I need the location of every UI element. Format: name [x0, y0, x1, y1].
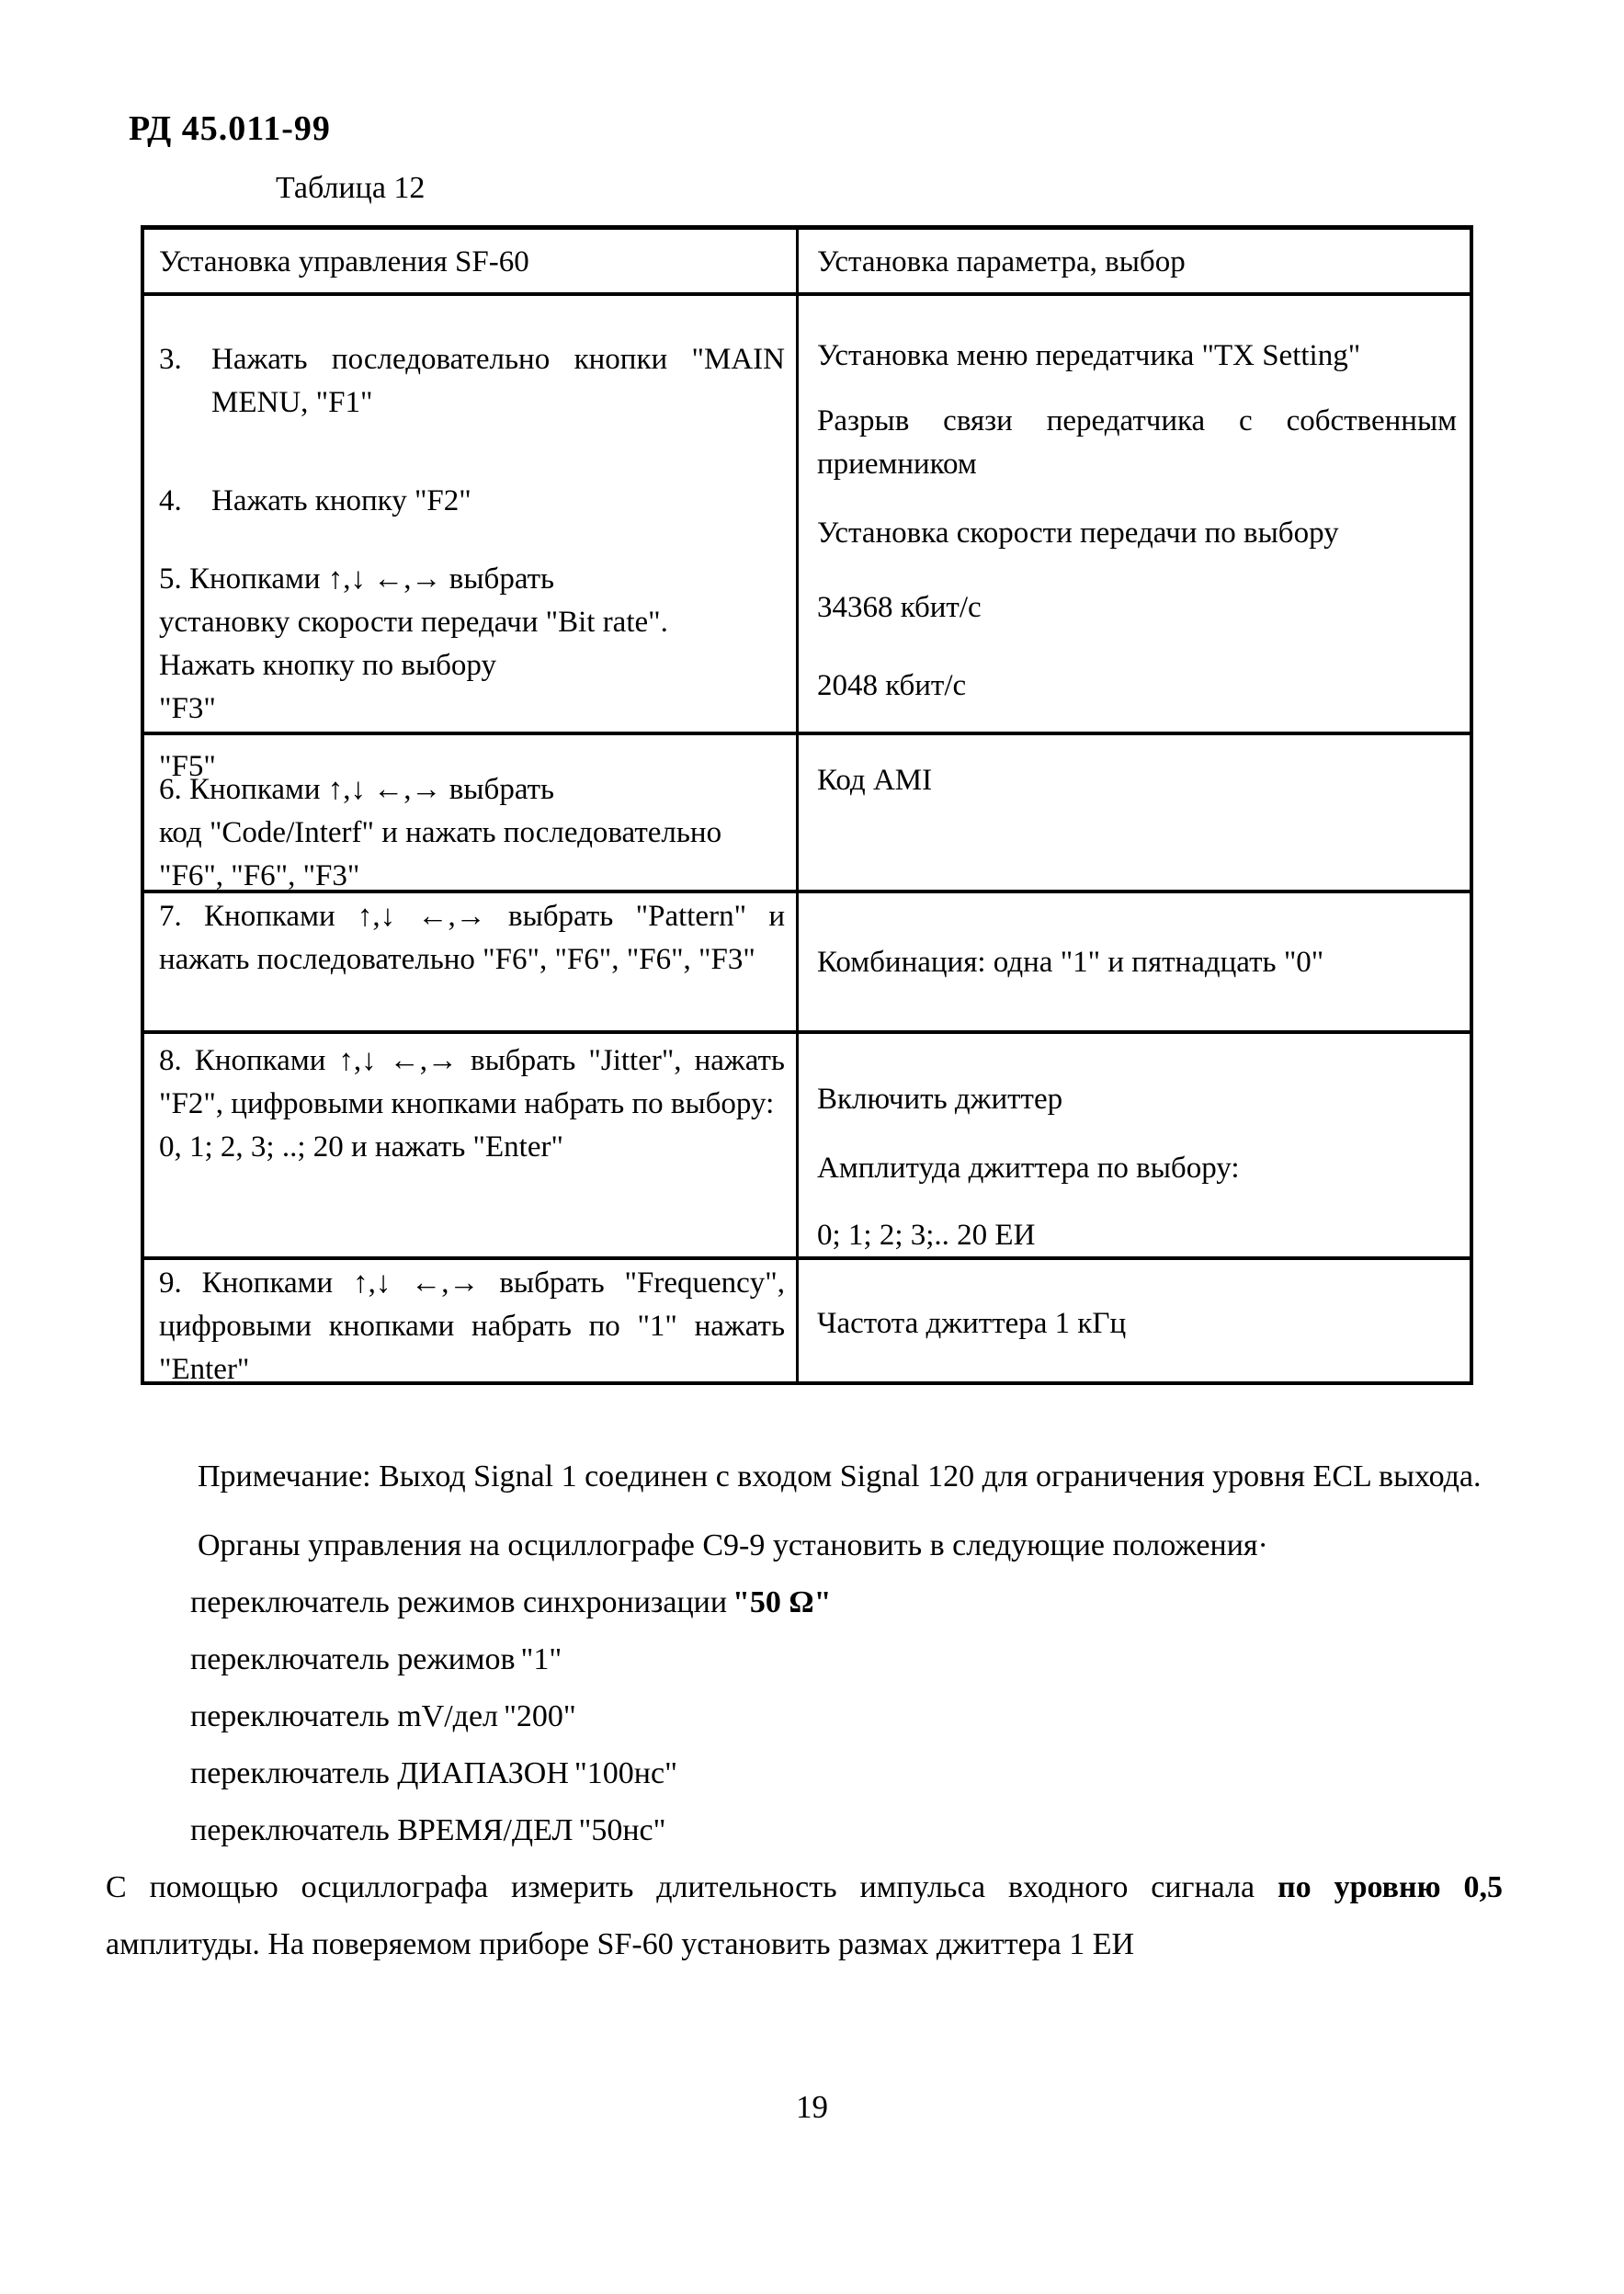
- step-text: 7. Кнопками ↑,↓ ←,→ выбрать "Pattern" и …: [159, 895, 785, 982]
- table-caption: Таблица 12: [276, 171, 425, 206]
- switch-line: переключатель mV/дел"200": [190, 1688, 1503, 1745]
- controls-intro-paragraph: Органы управления на осциллографе С9-9 у…: [106, 1517, 1503, 1574]
- switch-value: "50 Ω": [733, 1585, 831, 1619]
- body-text: Примечание: Выход Signal 1 соединен с вх…: [106, 1448, 1503, 1973]
- table-cell-left: 8. Кнопками ↑,↓ ←,→ выбрать "Jitter", на…: [144, 1034, 799, 1256]
- page-number: 19: [0, 2079, 1624, 2136]
- step-item: 3. Нажать последовательно кнопки "MAIN M…: [159, 338, 785, 425]
- table-cell-right: Код AMI: [799, 735, 1470, 890]
- table-cell-right: Установка меню передатчика "TX Setting" …: [799, 296, 1470, 732]
- param-text: Амплитуда джиттера по выбору:: [817, 1147, 1457, 1190]
- step-text: 6. Кнопками ↑,↓ ←,→ выбрать код "Code/In…: [159, 768, 785, 898]
- switch-value: "1": [521, 1642, 562, 1676]
- switch-label: переключатель ДИАПАЗОН: [190, 1745, 569, 1802]
- param-text: 0; 1; 2; 3;.. 20 ЕИ: [817, 1214, 1457, 1257]
- step-text: Нажать кнопку "F2": [211, 480, 785, 523]
- table-cell-right: Комбинация: одна "1" и пятнадцать "0": [799, 893, 1470, 1030]
- table-cell-left: 9. Кнопками ↑,↓ ←,→ выбрать "Frequency",…: [144, 1260, 799, 1381]
- switch-value: "200": [504, 1699, 576, 1733]
- step-text: 8. Кнопками ↑,↓ ←,→ выбрать "Jitter", на…: [159, 1039, 785, 1169]
- table-row: 7. Кнопками ↑,↓ ←,→ выбрать "Pattern" и …: [144, 890, 1470, 1030]
- col-header-param: Установка параметра, выбор: [799, 230, 1470, 292]
- table-row: 9. Кнопками ↑,↓ ←,→ выбрать "Frequency",…: [144, 1256, 1470, 1381]
- switch-line: переключатель ВРЕМЯ/ДЕЛ"50нс": [190, 1802, 1503, 1859]
- table-cell-left: 7. Кнопками ↑,↓ ←,→ выбрать "Pattern" и …: [144, 893, 799, 1030]
- param-text: Установка скорости передачи по выбору: [817, 512, 1457, 555]
- switch-label: переключатель режимов: [190, 1631, 516, 1688]
- step-number: 3.: [159, 338, 211, 425]
- param-text: Разрыв связи передатчика с собственным п…: [817, 400, 1457, 486]
- measurement-text: амплитуды. На поверяемом приборе SF-60 у…: [106, 1927, 1134, 1961]
- step-text: 5. Кнопками ↑,↓ ←,→ выбрать установку ск…: [159, 558, 785, 731]
- param-text: 34368 кбит/с: [817, 586, 1457, 630]
- measurement-text: С помощью осциллографа измерить длительн…: [106, 1870, 1278, 1904]
- table-row: 8. Кнопками ↑,↓ ←,→ выбрать "Jitter", на…: [144, 1030, 1470, 1256]
- table-cell-right: Включить джиттер Амплитуда джиттера по в…: [799, 1034, 1470, 1256]
- switch-value: "50нс": [578, 1813, 665, 1847]
- note-paragraph: Примечание: Выход Signal 1 соединен с вх…: [106, 1448, 1503, 1505]
- switch-list: переключатель режимов синхронизации"50 Ω…: [190, 1574, 1503, 1859]
- param-text: 2048 кбит/с: [817, 664, 1457, 708]
- table-header-row: Установка управления SF-60 Установка пар…: [144, 230, 1470, 292]
- switch-line: переключатель ДИАПАЗОН"100нс": [190, 1745, 1503, 1802]
- table-row: 6. Кнопками ↑,↓ ←,→ выбрать код "Code/In…: [144, 732, 1470, 890]
- col-header-sf60: Установка управления SF-60: [144, 230, 799, 292]
- switch-label: переключатель режимов синхронизации: [190, 1574, 727, 1631]
- table-row: 3. Нажать последовательно кнопки "MAIN M…: [144, 292, 1470, 732]
- switch-label: переключатель ВРЕМЯ/ДЕЛ: [190, 1802, 573, 1859]
- table-cell-right: Частота джиттера 1 кГц: [799, 1260, 1470, 1381]
- measurement-paragraph: С помощью осциллографа измерить длительн…: [106, 1859, 1503, 1973]
- settings-table: Установка управления SF-60 Установка пар…: [141, 225, 1473, 1385]
- measurement-level-bold: по уровню 0,5: [1278, 1870, 1503, 1904]
- param-text: Частота джиттера 1 кГц: [817, 1302, 1457, 1346]
- step-item: 4. Нажать кнопку "F2": [159, 480, 785, 523]
- switch-value: "100нс": [574, 1756, 677, 1790]
- doc-code: РД 45.011-99: [129, 108, 331, 149]
- param-text: Установка меню передатчика "TX Setting": [817, 335, 1457, 378]
- step-text: 9. Кнопками ↑,↓ ←,→ выбрать "Frequency",…: [159, 1262, 785, 1391]
- param-text: Код AMI: [817, 759, 1457, 802]
- switch-label: переключатель mV/дел: [190, 1688, 498, 1745]
- table-cell-left: 3. Нажать последовательно кнопки "MAIN M…: [144, 296, 799, 732]
- step-text: Нажать последовательно кнопки "MAIN MENU…: [211, 338, 785, 425]
- param-text: Комбинация: одна "1" и пятнадцать "0": [817, 941, 1457, 984]
- switch-line: переключатель режимов"1": [190, 1631, 1503, 1688]
- param-text: Включить джиттер: [817, 1078, 1457, 1121]
- step-number: 4.: [159, 480, 211, 523]
- switch-line: переключатель режимов синхронизации"50 Ω…: [190, 1574, 1503, 1631]
- table-cell-left: 6. Кнопками ↑,↓ ←,→ выбрать код "Code/In…: [144, 735, 799, 890]
